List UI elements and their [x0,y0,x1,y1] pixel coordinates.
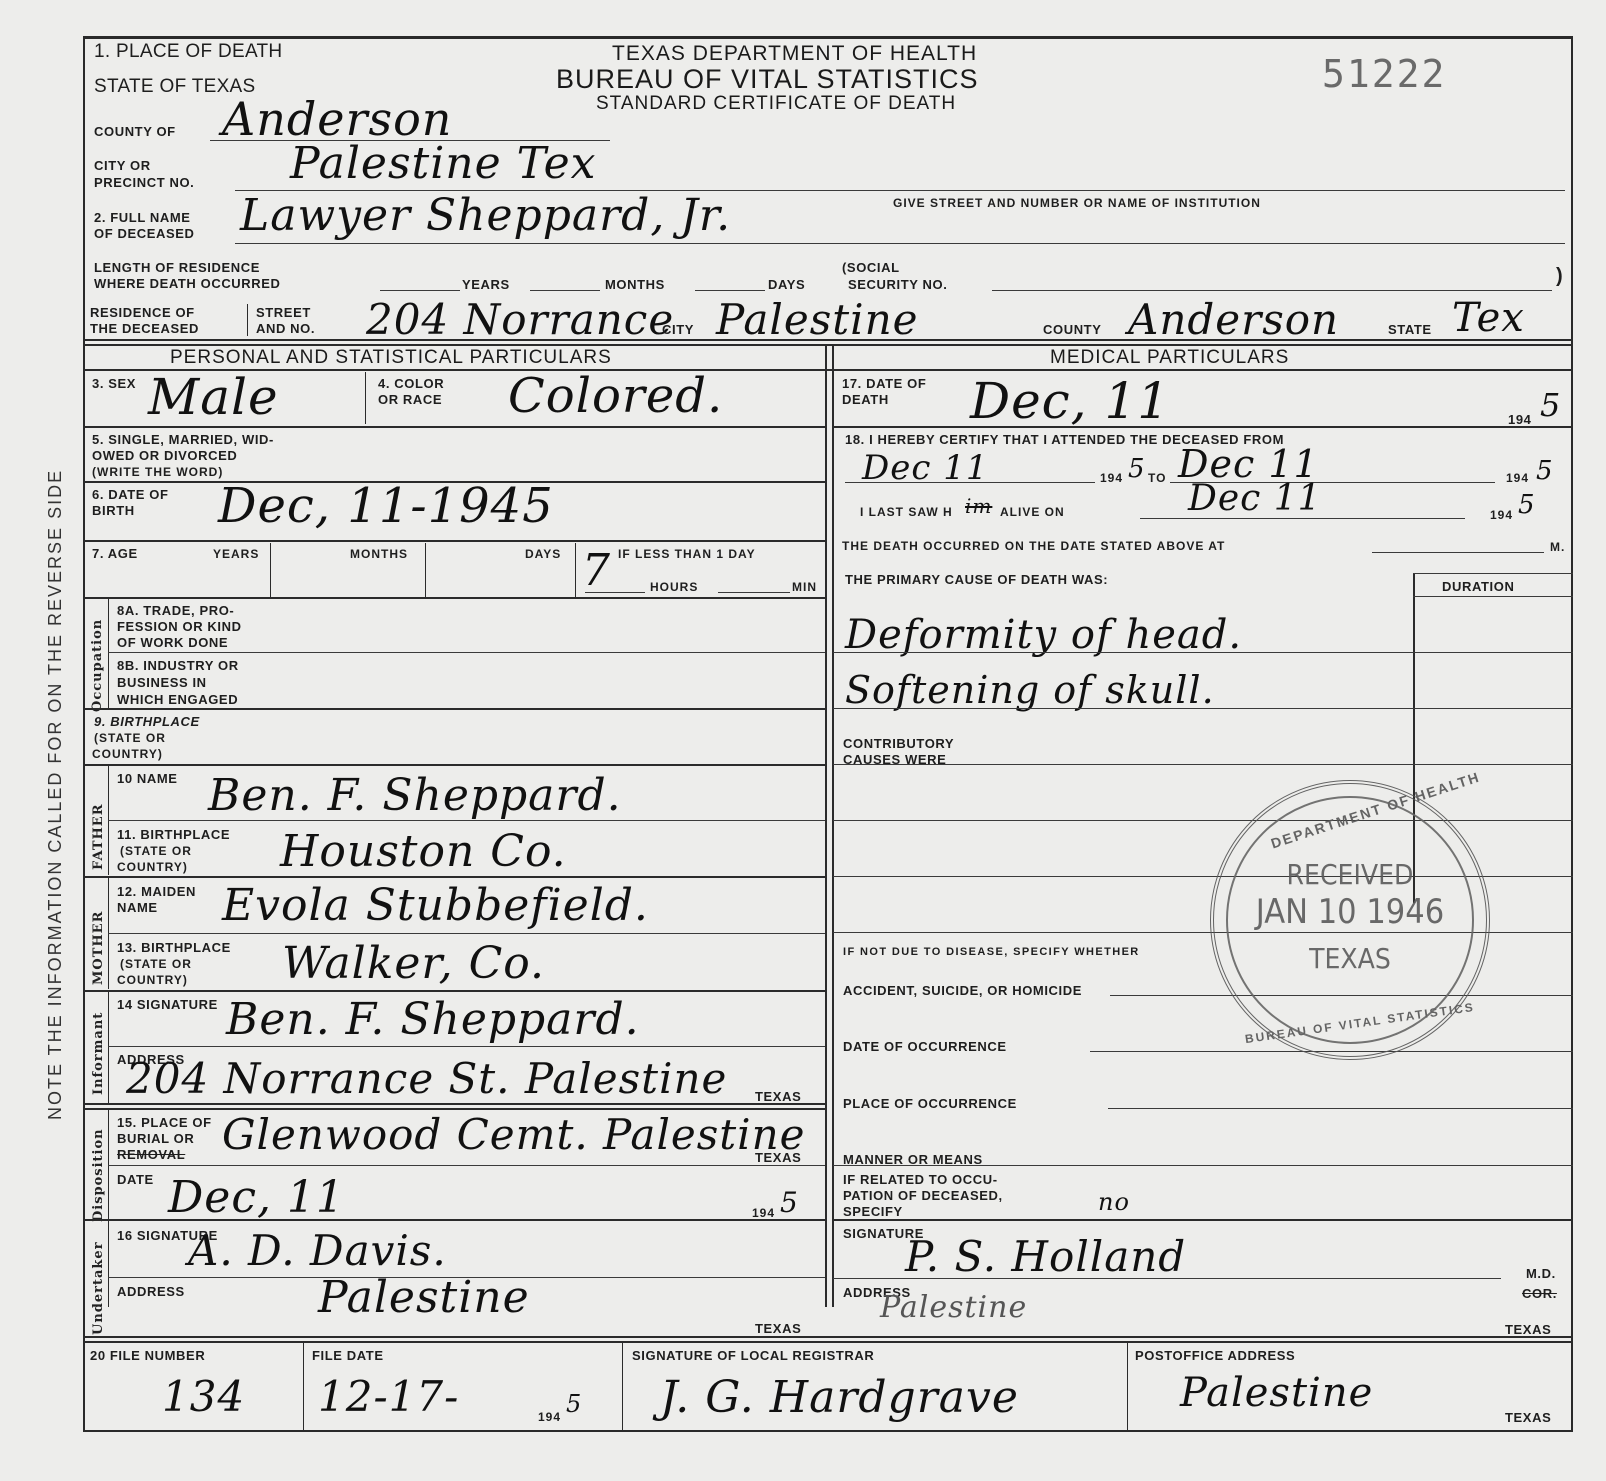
row-line-7 [83,597,825,599]
name-label-2: OF DECEASED [94,226,195,241]
ssn-underline [992,290,1552,291]
file-number-value: 134 [162,1372,245,1421]
footer-top-line-2 [83,1341,1573,1343]
row-line-12 [108,933,825,934]
residence-label-1: RESIDENCE OF [90,305,195,320]
age-less-label: IF LESS THAN 1 DAY [618,547,756,561]
accident-label: ACCIDENT, SUICIDE, OR HOMICIDE [843,983,1082,998]
last-saw-underline [1140,518,1465,519]
cause-line-2 [833,708,1573,709]
city-label-2: PRECINCT NO. [94,175,194,190]
residence-city-value: Palestine [716,295,918,344]
md-label: M.D. [1526,1266,1556,1281]
age-label: 7. AGE [92,546,138,561]
disposition-side-label: Disposition [91,1128,106,1222]
medical-section-title: MEDICAL PARTICULARS [1050,347,1289,369]
personal-section-title: PERSONAL AND STATISTICAL PARTICULARS [170,347,612,369]
last-saw-year-suffix: 5 [1518,490,1536,520]
occurrence-place-underline [1108,1108,1573,1109]
row-line-8b [83,708,825,710]
duration-top-line [1413,573,1573,574]
manner-underline [833,1165,1573,1166]
birthplace-label-2: (STATE OR [94,731,166,745]
age-divider-2 [425,543,426,597]
dept-title: TEXAS DEPARTMENT OF HEALTH [612,42,977,66]
street-value: 204 Norrance [366,295,674,344]
sex-race-divider [365,372,366,424]
informant-address-value: 204 Norrance St. Palestine [126,1054,727,1103]
informant-sig-value: Ben. F. Sheppard. [226,994,640,1045]
occurrence-date-label: DATE OF OCCURRENCE [843,1039,1007,1054]
informant-sig-label: 14 SIGNATURE [117,997,218,1012]
footer-divider-3 [1127,1343,1128,1431]
burial-year-suffix: 5 [780,1186,799,1219]
mother-name-label-1: 12. MAIDEN [117,884,196,899]
father-birthplace-label-2: (STATE OR [120,844,192,858]
row-line-6 [83,540,825,542]
age-hours-value: 7 [582,545,611,596]
years-underline [380,290,460,291]
footer-divider-2 [622,1343,623,1431]
cor-label: COR. [1522,1286,1557,1301]
place-of-death-label: 1. PLACE OF DEATH [94,42,282,62]
race-value: Colored. [508,368,723,424]
postoffice-texas-label: TEXAS [1505,1410,1551,1425]
dob-value: Dec, 11-1945 [218,478,554,534]
death-time-underline [1372,552,1544,553]
race-label-1: 4. COLOR [378,376,444,391]
physician-texas-label: TEXAS [1505,1322,1551,1337]
row-line-3 [83,426,825,428]
certificate-number: 51222 [1322,52,1446,96]
burial-value: Glenwood Cemt. Palestine [222,1110,806,1159]
disposition-side-divider [108,1109,109,1219]
last-saw-strike: im [965,494,992,518]
contrib-line-1 [833,764,1573,765]
death-certificate: NOTE THE INFORMATION CALLED FOR ON THE R… [0,0,1606,1481]
burial-texas-label: TEXAS [755,1150,801,1165]
occupation-related-label-1: IF RELATED TO OCCU- [843,1172,998,1187]
informant-texas-label: TEXAS [755,1089,801,1104]
file-number-label: 20 FILE NUMBER [90,1348,205,1363]
marital-label-1: 5. SINGLE, MARRIED, WID- [92,432,274,447]
primary-cause-line-2: Softening of skull. [845,668,1215,712]
received-stamp: DEPARTMENT OF HEALTH RECEIVED JAN 10 194… [1210,780,1490,1060]
days-underline [695,290,765,291]
right-row-17 [833,426,1573,428]
footer-top-line [83,1336,1573,1338]
residence-label-2: THE DECEASED [90,321,199,336]
birthplace-label-3: COUNTRY) [92,747,163,761]
father-name-label: 10 NAME [117,771,178,786]
attended-from-year-prefix: 194 [1100,471,1123,485]
occupation-side-label: Occupation [90,619,105,712]
column-divider [825,345,827,1307]
mother-name-label-2: NAME [117,900,158,915]
undertaker-address-label: ADDRESS [117,1284,185,1299]
file-date-year-suffix: 5 [566,1390,582,1418]
mother-side-label: MOTHER [91,911,106,985]
stamp-received: RECEIVED [1214,858,1486,891]
registrar-signature-value: J. G. Hardgrave [660,1372,1019,1423]
hours-underline [585,592,645,593]
residence-divider [247,304,248,336]
age-years-label: YEARS [213,547,259,561]
race-label-2: OR RACE [378,392,442,407]
attended-to-year-prefix: 194 [1506,471,1529,485]
street-hint: GIVE STREET AND NUMBER OR NAME OF INSTIT… [893,196,1261,210]
attended-from-year-suffix: 5 [1128,454,1146,484]
industry-label-3: WHICH ENGAGED [117,692,238,707]
burial-label-1: 15. PLACE OF [117,1115,212,1130]
primary-cause-label: THE PRIMARY CAUSE OF DEATH WAS: [845,572,1108,587]
contrib-line-2 [833,820,1573,821]
undertaker-side-label: Undertaker [91,1241,106,1335]
postoffice-value: Palestine [1180,1370,1373,1416]
ssn-label-1: (SOCIAL [842,260,900,275]
father-birthplace-label-3: COUNTRY) [117,860,188,874]
file-date-label: FILE DATE [312,1348,384,1363]
section-divider-top-2 [83,344,1573,346]
to-label: TO [1148,471,1166,485]
burial-label-3: REMOVAL [117,1147,185,1162]
burial-label-2: BURIAL OR [117,1131,194,1146]
days-label: DAYS [768,277,805,292]
row-line-11 [83,876,825,878]
duration-label: DURATION [1442,579,1514,594]
occupation-side-divider [108,598,109,708]
dod-label-2: DEATH [842,392,889,407]
section-head-underline [83,369,1573,371]
bureau-title: BUREAU OF VITAL STATISTICS [556,64,979,95]
industry-label-1: 8B. INDUSTRY OR [117,658,239,673]
from-underline [845,482,1095,483]
name-label-1: 2. FULL NAME [94,210,191,225]
duration-head-underline [1413,596,1573,597]
doc-type-title: STANDARD CERTIFICATE OF DEATH [596,93,956,115]
age-min-label: MIN [792,580,817,594]
footer-divider-1 [303,1343,304,1431]
dod-year-suffix: 5 [1540,386,1561,424]
months-underline [530,290,600,291]
reverse-side-note: NOTE THE INFORMATION CALLED FOR ON THE R… [45,300,66,1120]
marital-label-3: (WRITE THE WORD) [92,465,223,479]
undertaker-texas-label: TEXAS [755,1321,801,1336]
cause-line-1 [833,652,1573,653]
dob-label-1: 6. DATE OF [92,487,169,502]
postoffice-label: POSTOFFICE ADDRESS [1135,1348,1295,1363]
occupation-related-underline [833,1219,1573,1221]
father-side-label: FATHER [91,803,106,870]
occupation-related-label-2: PATION OF DECEASED, [843,1188,1003,1203]
age-hours-label: HOURS [650,580,698,594]
age-divider-3 [575,543,576,597]
occupation-related-value: no [1098,1188,1130,1216]
birthplace-label-1: 9. BIRTHPLACE [94,714,200,729]
occupation-related-label-3: SPECIFY [843,1204,903,1219]
physician-signature-value: P. S. Holland [905,1232,1186,1281]
trade-label-1: 8A. TRADE, PRO- [117,603,234,618]
sex-value: Male [148,368,279,426]
dod-value: Dec, 11 [970,372,1170,430]
row-line-9 [83,764,825,766]
ssn-label-2: SECURITY NO. [848,277,947,292]
residence-county-value: Anderson [1128,295,1339,344]
name-underline [235,243,1565,244]
marital-label-2: OWED OR DIVORCED [92,448,237,463]
deceased-name-value: Lawyer Sheppard, Jr. [240,190,731,241]
state-value: Tex [1452,295,1525,341]
file-date-year-prefix: 194 [538,1410,561,1424]
death-time-suffix: M. [1550,540,1565,554]
city-label: CITY [662,322,694,337]
attended-to-year-suffix: 5 [1536,456,1554,486]
last-saw-label-1: I LAST SAW H [860,505,953,519]
row-line-8a [108,652,825,653]
last-saw-year-prefix: 194 [1490,508,1513,522]
last-saw-label-2: ALIVE ON [1000,505,1065,519]
county-label: COUNTY [1043,322,1102,337]
dod-year-prefix: 194 [1508,412,1532,427]
row-line-14 [108,1046,825,1047]
dob-label-2: BIRTH [92,503,135,518]
mother-name-value: Evola Stubbefield. [222,880,649,931]
contributory-label-1: CONTRIBUTORY [843,736,954,751]
burial-date-value: Dec, 11 [168,1172,345,1223]
column-divider-2 [832,345,834,1307]
industry-label-2: BUSINESS IN [117,675,207,690]
section-divider-top [83,339,1573,341]
row-line-14b [83,1103,825,1105]
mother-birthplace-label-3: COUNTRY) [117,973,188,987]
trade-label-3: OF WORK DONE [117,635,228,650]
age-days-label: DAYS [525,547,561,561]
years-label: YEARS [462,277,510,292]
informant-side-label: Informant [91,1012,106,1095]
city-value: Palestine Tex [290,138,596,189]
file-date-value: 12-17- [318,1372,459,1421]
dod-label-1: 17. DATE OF [842,376,926,391]
death-time-label: THE DEATH OCCURRED ON THE DATE STATED AB… [842,539,1225,553]
street-label-1: STREET [256,305,311,320]
physician-address-value: Palestine [880,1290,1027,1325]
stamp-date: JAN 10 1946 [1214,892,1486,932]
not-disease-label: IF NOT DUE TO DISEASE, SPECIFY WHETHER [843,945,1140,959]
informant-side-divider [108,991,109,1103]
county-of-label: COUNTY OF [94,124,176,139]
row-line-13 [83,990,825,992]
mother-birthplace-label-2: (STATE OR [120,957,192,971]
age-divider-1 [270,543,271,597]
undertaker-side-divider [108,1220,109,1307]
residence-length-label-2: WHERE DEATH OCCURRED [94,276,281,291]
undertaker-sig-value: A. D. Davis. [188,1226,447,1275]
mother-birthplace-value: Walker, Co. [282,938,545,989]
row-line-15b [83,1219,825,1221]
burial-year-prefix: 194 [752,1206,775,1220]
row-line-10 [108,820,825,821]
ssn-close: ) [1556,268,1563,284]
street-label-2: AND NO. [256,321,315,336]
father-birthplace-value: Houston Co. [280,826,567,877]
sex-label: 3. SEX [92,376,136,391]
trade-label-2: FESSION OR KIND [117,619,242,634]
father-birthplace-label-1: 11. BIRTHPLACE [117,827,230,842]
mother-birthplace-label-1: 13. BIRTHPLACE [117,940,231,955]
undertaker-address-value: Palestine [318,1272,530,1323]
months-label: MONTHS [605,277,665,292]
stamp-state: TEXAS [1214,942,1486,975]
signature-underline [833,1278,1501,1279]
age-months-label: MONTHS [350,547,408,561]
occurrence-place-label: PLACE OF OCCURRENCE [843,1096,1017,1111]
state-label: STATE [1388,322,1432,337]
row-line-15 [108,1165,825,1166]
min-underline [718,592,790,593]
last-saw-value: Dec 11 [1188,478,1322,519]
father-name-value: Ben. F. Sheppard. [208,770,622,821]
burial-date-label: DATE [117,1172,154,1187]
city-label-1: CITY OR [94,158,151,173]
registrar-label: SIGNATURE OF LOCAL REGISTRAR [632,1348,874,1363]
residence-length-label-1: LENGTH OF RESIDENCE [94,260,260,275]
